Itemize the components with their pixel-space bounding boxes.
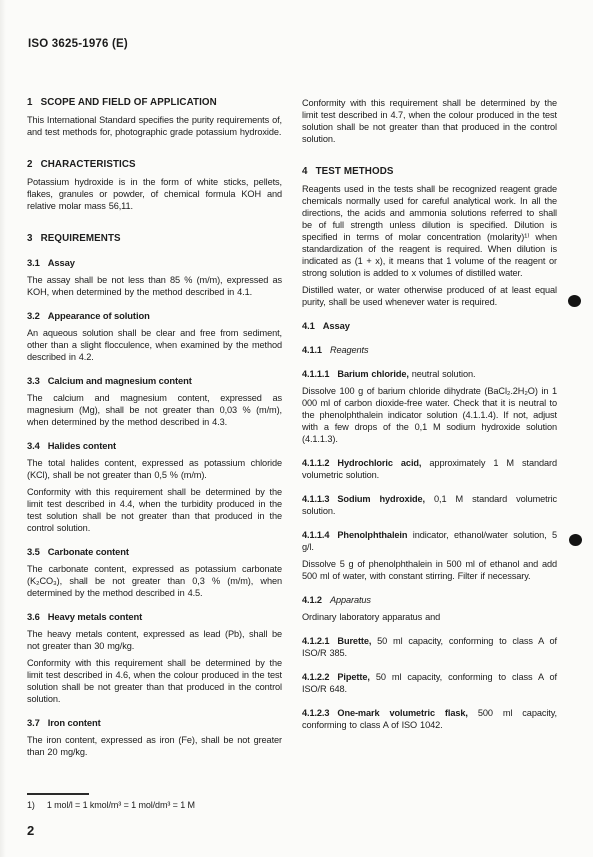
document-page: ISO 3625-1976 (E) 1SCOPE AND FIELD OF AP… <box>0 0 593 857</box>
text-run: Halides content <box>48 440 116 451</box>
heading-iron: 3.7Iron content <box>27 717 282 729</box>
clause-number: 1 <box>27 97 33 108</box>
text-run: Hydrochloric acid, <box>337 458 421 468</box>
para-heavy-metals-conformity: Conformity with this requirement shall b… <box>27 657 282 705</box>
heading-test-methods: 4TEST METHODS <box>302 166 557 178</box>
heading-appearance-of-solution: 3.2Appearance of solution <box>27 310 282 322</box>
para-characteristics: Potassium hydroxide is in the form of wh… <box>27 176 282 212</box>
left-column: 1SCOPE AND FIELD OF APPLICATIONThis Inte… <box>27 97 282 758</box>
heading-characteristics: 2CHARACTERISTICS <box>27 159 282 171</box>
footnote-text: 1 mol/l = 1 kmol/m³ = 1 mol/dm³ = 1 M <box>47 800 195 810</box>
item-volumetric-flask: 4.1.2.3One-mark volumetric flask, 500 ml… <box>302 707 557 731</box>
item-phenolphthalein: 4.1.1.4Phenolphthalein indicator, ethano… <box>302 529 557 553</box>
clause-number: 4.1.1.4 <box>302 530 329 540</box>
para-phenolphthalein: Dissolve 5 g of phenolphthalein in 500 m… <box>302 558 557 582</box>
heading-scope: 1SCOPE AND FIELD OF APPLICATION <box>27 97 282 109</box>
clause-number: 3.2 <box>27 310 40 321</box>
para-scope: This International Standard specifies th… <box>27 114 282 138</box>
heading-calcium-magnesium: 3.3Calcium and magnesium content <box>27 375 282 387</box>
clause-number: 4.1.1.2 <box>302 458 329 468</box>
text-run: neutral solution. <box>409 369 476 379</box>
text-run: Assay <box>323 320 350 331</box>
text-run: Pipette, <box>337 672 369 682</box>
clause-number: 4.1.2 <box>302 595 322 605</box>
two-column-body: 1SCOPE AND FIELD OF APPLICATIONThis Inte… <box>27 97 560 758</box>
heading-carbonate: 3.5Carbonate content <box>27 546 282 558</box>
clause-number: 3 <box>27 233 33 244</box>
clause-number: 3.5 <box>27 546 40 557</box>
heading-reagents: 4.1.1Reagents <box>302 344 557 356</box>
item-pipette: 4.1.2.2Pipette, 50 ml capacity, conformi… <box>302 671 557 695</box>
item-hydrochloric-acid: 4.1.1.2Hydrochloric acid, approximately … <box>302 457 557 481</box>
clause-number: 2 <box>27 159 33 170</box>
clause-number: 4 <box>302 166 308 177</box>
para-reagents-general: Reagents used in the tests shall be reco… <box>302 183 557 279</box>
clause-number: 4.1.1 <box>302 345 322 355</box>
para-halides-limit: The total halides content, expressed as … <box>27 457 282 481</box>
clause-number: 4.1.1.1 <box>302 369 329 379</box>
para-apparatus: Ordinary laboratory apparatus and <box>302 611 557 623</box>
text-run: REQUIREMENTS <box>41 233 121 244</box>
clause-number: 3.6 <box>27 611 40 622</box>
text-run: Sodium hydroxide, <box>337 494 425 504</box>
heading-requirements: 3REQUIREMENTS <box>27 233 282 245</box>
text-run: Burette, <box>337 636 371 646</box>
footnote: 1)1 mol/l = 1 kmol/m³ = 1 mol/dm³ = 1 M <box>27 800 195 810</box>
clause-number: 4.1.2.2 <box>302 672 329 682</box>
item-burette: 4.1.2.1Burette, 50 ml capacity, conformi… <box>302 635 557 659</box>
item-barium-chloride: 4.1.1.1Barium chloride, neutral solution… <box>302 368 557 380</box>
para-iron-conformity: Conformity with this requirement shall b… <box>302 97 557 145</box>
heading-apparatus: 4.1.2Apparatus <box>302 594 557 606</box>
text-run: Carbonate content <box>48 546 129 557</box>
item-sodium-hydroxide: 4.1.1.3Sodium hydroxide, 0,1 M standard … <box>302 493 557 517</box>
clause-number: 4.1.2.3 <box>302 708 329 718</box>
text-run: Phenolphthalein <box>337 530 407 540</box>
registration-dot-icon <box>569 534 582 546</box>
clause-number: 4.1.2.1 <box>302 636 329 646</box>
para-heavy-metals-limit: The heavy metals content, expressed as l… <box>27 628 282 652</box>
para-appearance-of-solution: An aqueous solution shall be clear and f… <box>27 327 282 363</box>
text-run: SCOPE AND FIELD OF APPLICATION <box>41 97 217 108</box>
para-iron-limit: The iron content, expressed as iron (Fe)… <box>27 734 282 758</box>
clause-number: 3.4 <box>27 440 40 451</box>
text-run: Barium chloride, <box>337 369 408 379</box>
para-barium-chloride: Dissolve 100 g of barium chloride dihydr… <box>302 385 557 445</box>
text-run: Apparatus <box>330 595 371 605</box>
clause-number: 3.1 <box>27 257 40 268</box>
right-column: Conformity with this requirement shall b… <box>302 97 557 758</box>
clause-number: 3.7 <box>27 717 40 728</box>
para-halides-conformity: Conformity with this requirement shall b… <box>27 486 282 534</box>
heading-assay: 3.1Assay <box>27 257 282 269</box>
clause-number: 4.1 <box>302 320 315 331</box>
para-distilled-water: Distilled water, or water otherwise prod… <box>302 284 557 308</box>
para-carbonate: The carbonate content, expressed as pota… <box>27 563 282 599</box>
heading-halides: 3.4Halides content <box>27 440 282 452</box>
standard-reference: ISO 3625-1976 (E) <box>28 38 128 50</box>
footnote-divider <box>27 793 89 795</box>
clause-number: 3.3 <box>27 375 40 386</box>
text-run: One-mark volumetric flask, <box>337 708 467 718</box>
text-run: Appearance of solution <box>48 310 150 321</box>
text-run: TEST METHODS <box>316 166 394 177</box>
footnote-marker: 1) <box>27 800 35 810</box>
para-calcium-magnesium: The calcium and magnesium content, expre… <box>27 392 282 428</box>
page-number: 2 <box>27 823 34 838</box>
text-run: Iron content <box>48 717 101 728</box>
text-run: Reagents <box>330 345 369 355</box>
text-run: Assay <box>48 257 75 268</box>
text-run: CHARACTERISTICS <box>41 159 136 170</box>
heading-4-1-assay: 4.1Assay <box>302 320 557 332</box>
para-assay: The assay shall be not less than 85 % (m… <box>27 274 282 298</box>
heading-heavy-metals: 3.6Heavy metals content <box>27 611 282 623</box>
clause-number: 4.1.1.3 <box>302 494 329 504</box>
text-run: Heavy metals content <box>48 611 142 622</box>
text-run: Calcium and magnesium content <box>48 375 192 386</box>
registration-dot-icon <box>568 295 581 307</box>
